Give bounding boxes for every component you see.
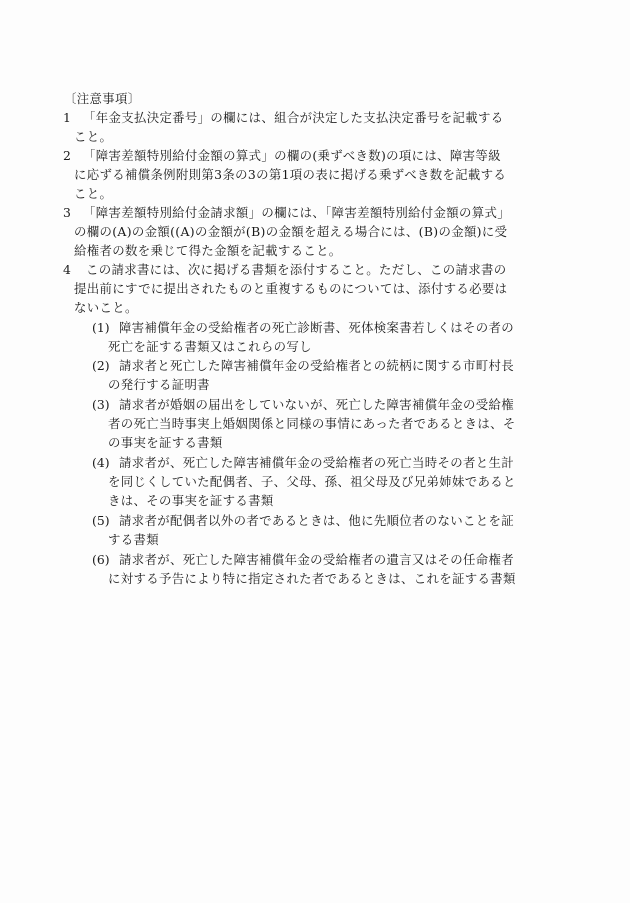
document-page: 〔注意事項〕 1 「年金支払決定番号」の欄には、組合が決定した支払決定番号を記載… [0, 0, 630, 903]
item-4-number: 4 [63, 262, 71, 278]
subitem-4-line-1: 請求者が、死亡した障害補償年金の受給権者の死亡当時その者と生計 [119, 455, 514, 471]
item-4-line-2: 提出前にすでに提出されたものと重複するものについては、添付する必要は [74, 281, 507, 297]
subitem-3-line-2: 者の死亡当時事実上婚姻関係と同様の事情にあった者であるときは、そ [108, 416, 516, 432]
subitem-1-number: (1) [92, 320, 110, 336]
subitem-5-line-2: する書類 [108, 532, 159, 548]
subitem-6-number: (6) [92, 552, 110, 568]
subitem-1-line-2: 死亡を証する書類又はこれらの写し [108, 339, 312, 355]
item-2-line-1: 「障害差額特別給付金額の算式」の欄の(乗ずべき数)の項には、障害等級 [83, 148, 501, 164]
item-1-line-2: こと。 [74, 129, 112, 145]
item-3-line-2: の欄の(A)の金額((A)の金額が(B)の金額を超える場合には、(B)の金額)に… [74, 224, 507, 240]
subitem-1-line-1: 障害補償年金の受給権者の死亡診断書、死体検案書若しくはその者の [119, 320, 514, 336]
item-4-line-3: ないこと。 [74, 300, 138, 316]
subitem-4-line-2: を同じくしていた配偶者、子、父母、孫、祖父母及び兄弟姉妹であると [108, 474, 516, 490]
subitem-2-line-2: の発行する証明書 [108, 377, 210, 393]
subitem-6-line-1: 請求者が、死亡した障害補償年金の受給権者の遺言又はその任命権者 [119, 552, 514, 568]
subitem-3-line-3: の事実を証する書類 [108, 435, 223, 451]
subitem-2-number: (2) [92, 358, 110, 374]
item-3-line-3: 給権者の数を乗じて得た金額を記載すること。 [74, 243, 342, 259]
item-4-line-1: この請求書には、次に掲げる書類を添付すること。ただし、この請求書の [86, 262, 506, 278]
subitem-4-line-3: きは、その事実を証する書類 [108, 493, 274, 509]
item-3-number: 3 [63, 205, 71, 221]
item-2-line-2: に応ずる補償条例附則第3条の3の第1項の表に掲げる乗ずべき数を記載する [74, 167, 506, 183]
notes-heading: 〔注意事項〕 [64, 91, 140, 107]
item-3-line-1: 「障害差額特別給付金請求額」の欄には、「障害差額特別給付金額の算式」 [83, 205, 510, 221]
subitem-6-line-2: に対する予告により特に指定された者であるときは、これを証する書類 [108, 571, 516, 587]
subitem-5-number: (5) [92, 513, 110, 529]
item-1-number: 1 [63, 110, 71, 126]
item-2-number: 2 [63, 148, 71, 164]
subitem-3-number: (3) [92, 397, 110, 413]
item-2-line-3: こと。 [74, 186, 112, 202]
item-1-line-1: 「年金支払決定番号」の欄には、組合が決定した支払決定番号を記載する [83, 110, 503, 126]
subitem-4-number: (4) [92, 455, 110, 471]
subitem-3-line-1: 請求者が婚姻の届出をしていないが、死亡した障害補償年金の受給権 [119, 397, 514, 413]
subitem-2-line-1: 請求者と死亡した障害補償年金の受給権者との続柄に関する市町村長 [119, 358, 514, 374]
subitem-5-line-1: 請求者が配偶者以外の者であるときは、他に先順位者のないことを証 [119, 513, 514, 529]
